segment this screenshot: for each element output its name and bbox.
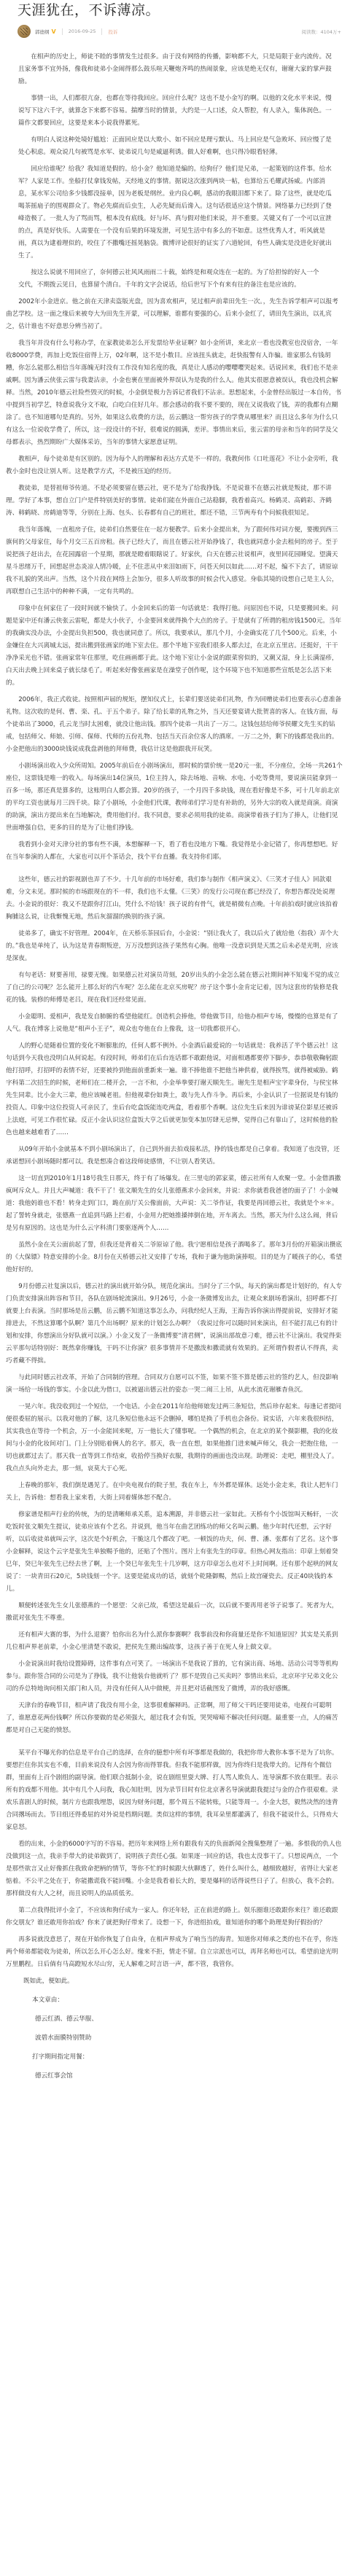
- paragraph: 上春晚的那年，我们倒是遇见了。在中央电视台的院子里，我在车上，车外都是媒体。远处…: [6, 1480, 343, 1504]
- paragraph: 这一切直到2010年1月18号我生日那天，终于有了场爆发。在三里屯的郭家菜，德云…: [6, 1173, 343, 1235]
- catering-line: 德云红事会馆: [6, 2070, 343, 2083]
- catering-label: 打字期间指定用餐：: [6, 2051, 343, 2064]
- article-closing: 既如此，便如此。 本文章由： 德云红酒、德云华服、 波碧水面膜特别赞助 打字期间…: [6, 1975, 343, 2083]
- paragraph: 在相声的历史上，师徒不睦的事情发生过很多。由于没有网络的传播，影响都不大，只是局…: [6, 51, 343, 88]
- paragraph: 有句老话：财要善用，禄要无愧。如果德云社对演员苛刻，20岁出头的小金怎么能在德云…: [6, 969, 343, 1007]
- paragraph: 再多说就没意思了，现在开始你恢复了自由身，在相声界成为了响当当的海青。知道你对师…: [6, 1934, 343, 1971]
- article-title: 天涯犹在，不诉薄凉。: [0, 0, 350, 19]
- article-meta: 郭德纲 V 2016-09-25 投诉 阅读数：4104万+: [0, 20, 350, 42]
- paragraph: 小剧场演出收入少众所周知。2005年前后在小剧场演出，那时候的票价统一是20元一…: [6, 760, 343, 835]
- paragraph: 顺便转述张先生女儿张德燕的一个愿望：父亲已故，希望这是最后一次，以后就不要再用老…: [6, 1600, 343, 1625]
- author-avatar[interactable]: [17, 25, 31, 38]
- publish-date: 2016-09-25: [69, 28, 96, 34]
- closing-line: 既如此，便如此。: [6, 1975, 343, 1988]
- read-count-value: 4104万+: [321, 29, 342, 35]
- paragraph: 我当年落魄，一直租房子住，徒弟们自然要住在一起方便教学。后来小金提出来，为了跟何…: [6, 524, 343, 598]
- read-count: 阅读数：4104万+: [302, 28, 342, 35]
- paragraph: 9月份德云社复演以后，德云社的演出就开始分队，规范化演出。当时分了三个队，每天的…: [6, 1281, 343, 1367]
- meta-divider: [62, 28, 63, 35]
- article-body: 在相声的历史上，师徒不睦的事情发生过很多。由于没有网络的传播，影响都不大，只是局…: [0, 42, 350, 2083]
- paragraph: 天津台的春晚节目，相声请了我没有用小金，这事很难解释吗。正常啊，用了师父干吗还要…: [6, 1700, 343, 1737]
- paragraph: 人的野心是随着位置的变化不断膨胀的，任何人都不例外。小金酒后最爱说的一句话就是：…: [6, 1040, 343, 1139]
- paragraph: 虽然小金在关公面前起了誓，但我还是背着关二爷原谅了他。我宁愿相信是孩子酒喝多了。…: [6, 1239, 343, 1276]
- paragraph: 这些年，德云社的影视剧也弄了不少。十几年前的市场好难，我们参与制作《相声演义》、…: [6, 874, 343, 924]
- sponsor-line: 波碧水面膜特别赞助: [6, 2032, 343, 2045]
- author-name[interactable]: 郭德纲: [35, 28, 50, 35]
- paragraph: 第二点我得批评小金了，不应该和狗仔成为一家人。你还年轻，正在前进的路上。娱乐圈谁…: [6, 1905, 343, 1929]
- paragraph: 2006年，我正式收徒。按照相声届的规矩，摆知仪式上，长辈们要送徒弟们礼物，作为…: [6, 694, 343, 756]
- sponsor-line: 德云红酒、德云华服、: [6, 2013, 343, 2026]
- paragraph: 教徒弟，是替祖师爷传道。不是必须要留在德云社，更不是为了给我挣钱。不是说谁不在德…: [6, 483, 343, 520]
- read-count-label: 阅读数：: [302, 29, 321, 35]
- verified-badge-icon: V: [52, 28, 56, 35]
- paragraph: 从09年开始小金就基本不到小剧场演出了，自己到外面去拍戏接私活，挣的钱也都是自己…: [6, 1144, 343, 1168]
- paragraph: 某平台不曝光你的信息是平台自己的选择，在你的臆想中所有坏事都是我做的，我把你带大…: [6, 1747, 343, 1834]
- paragraph: 与此同时德云社改革，开始了合同制的管理。合同双方自愿可以不签，如果不签不算是德云…: [6, 1372, 343, 1397]
- paragraph: 印象中在何家住了一段时间就不愉快了。小金回来后的第一句话就是：我得打他。问原因也…: [6, 603, 343, 690]
- paragraph: 我当年并没有什么号称办学，在家教徒弟怎么开发票给毕业证啊？如小金所讲，来北京一看…: [6, 337, 343, 449]
- paragraph: 有明白人说这种处境好尴尬：正面回应是以大欺小、如不回应是理亏默认、马上回应是气急…: [6, 134, 343, 159]
- paragraph: 小金聪明、爱相声，我是发自肺腑的希望他能红。创造机会捧他，带他做节目，给他办相声…: [6, 1011, 343, 1036]
- sponsor-label: 本文章由：: [6, 1994, 343, 2007]
- paragraph: 教相声，每个徒弟是有区别的。因为每个人的理解和表达方式是不一样的。我教何伟《口吐…: [6, 453, 343, 478]
- paragraph: 一晃六年。我没收到过一个短信，一个电话。小金在2011年给他师娘发过两三条短信，…: [6, 1401, 343, 1475]
- paragraph: 徒弟多了，确实不好管理。2004年，在天桥乐茶园后台，小金说：“别让我火了，我以…: [6, 928, 343, 965]
- paragraph: 按这么说就不用回应了，奈何德云社风风雨雨二十载，始终是和观众连在一起的。为了给担…: [6, 267, 343, 292]
- paragraph: 事情一出，人们都很亢奋，也都在等待我回应。回应什么呢？这也不是小金写的啊。以他的…: [6, 93, 343, 130]
- meta-divider: [101, 28, 102, 35]
- paragraph: 还有相声大赛的事，为什么退赛？怕你出名为什么派你参赛啊？我事前没和你商量还是你不…: [6, 1629, 343, 1654]
- paragraph: 2002年小金进京。他之前在天津卖盗版光盘，因为喜欢相声，见过相声前辈田先生一次…: [6, 296, 343, 333]
- article-page: 天涯犹在，不诉薄凉。 郭德纲 V 2016-09-25 投诉 阅读数：4104万…: [0, 0, 350, 2083]
- report-link[interactable]: 投诉: [108, 28, 117, 35]
- paragraph: 修家谱是相声行业的传统，为的是清晰师承关系，追本溯源，并非德云社一家如此。天桥有…: [6, 1509, 343, 1596]
- paragraph: 我看到小金对天津分社的事有些不满，本想解释一下，看了看也没地方下嘴。我觉得是小金…: [6, 839, 343, 864]
- paragraph: 小金说演出时我给设置障碍，这件事有点可笑了。一场演出不是我说了算的，它有演出商、…: [6, 1658, 343, 1695]
- paragraph: 回应给谁呢？给我？我知道是假的。给小金？他知道是编的。给狗仔？他们是兄弟，一起策…: [6, 163, 343, 262]
- paragraph: 看的出来，小金的6000字写的不容易。把历年来网络上所有跟我有关的负面新闻全搜集…: [6, 1838, 343, 1900]
